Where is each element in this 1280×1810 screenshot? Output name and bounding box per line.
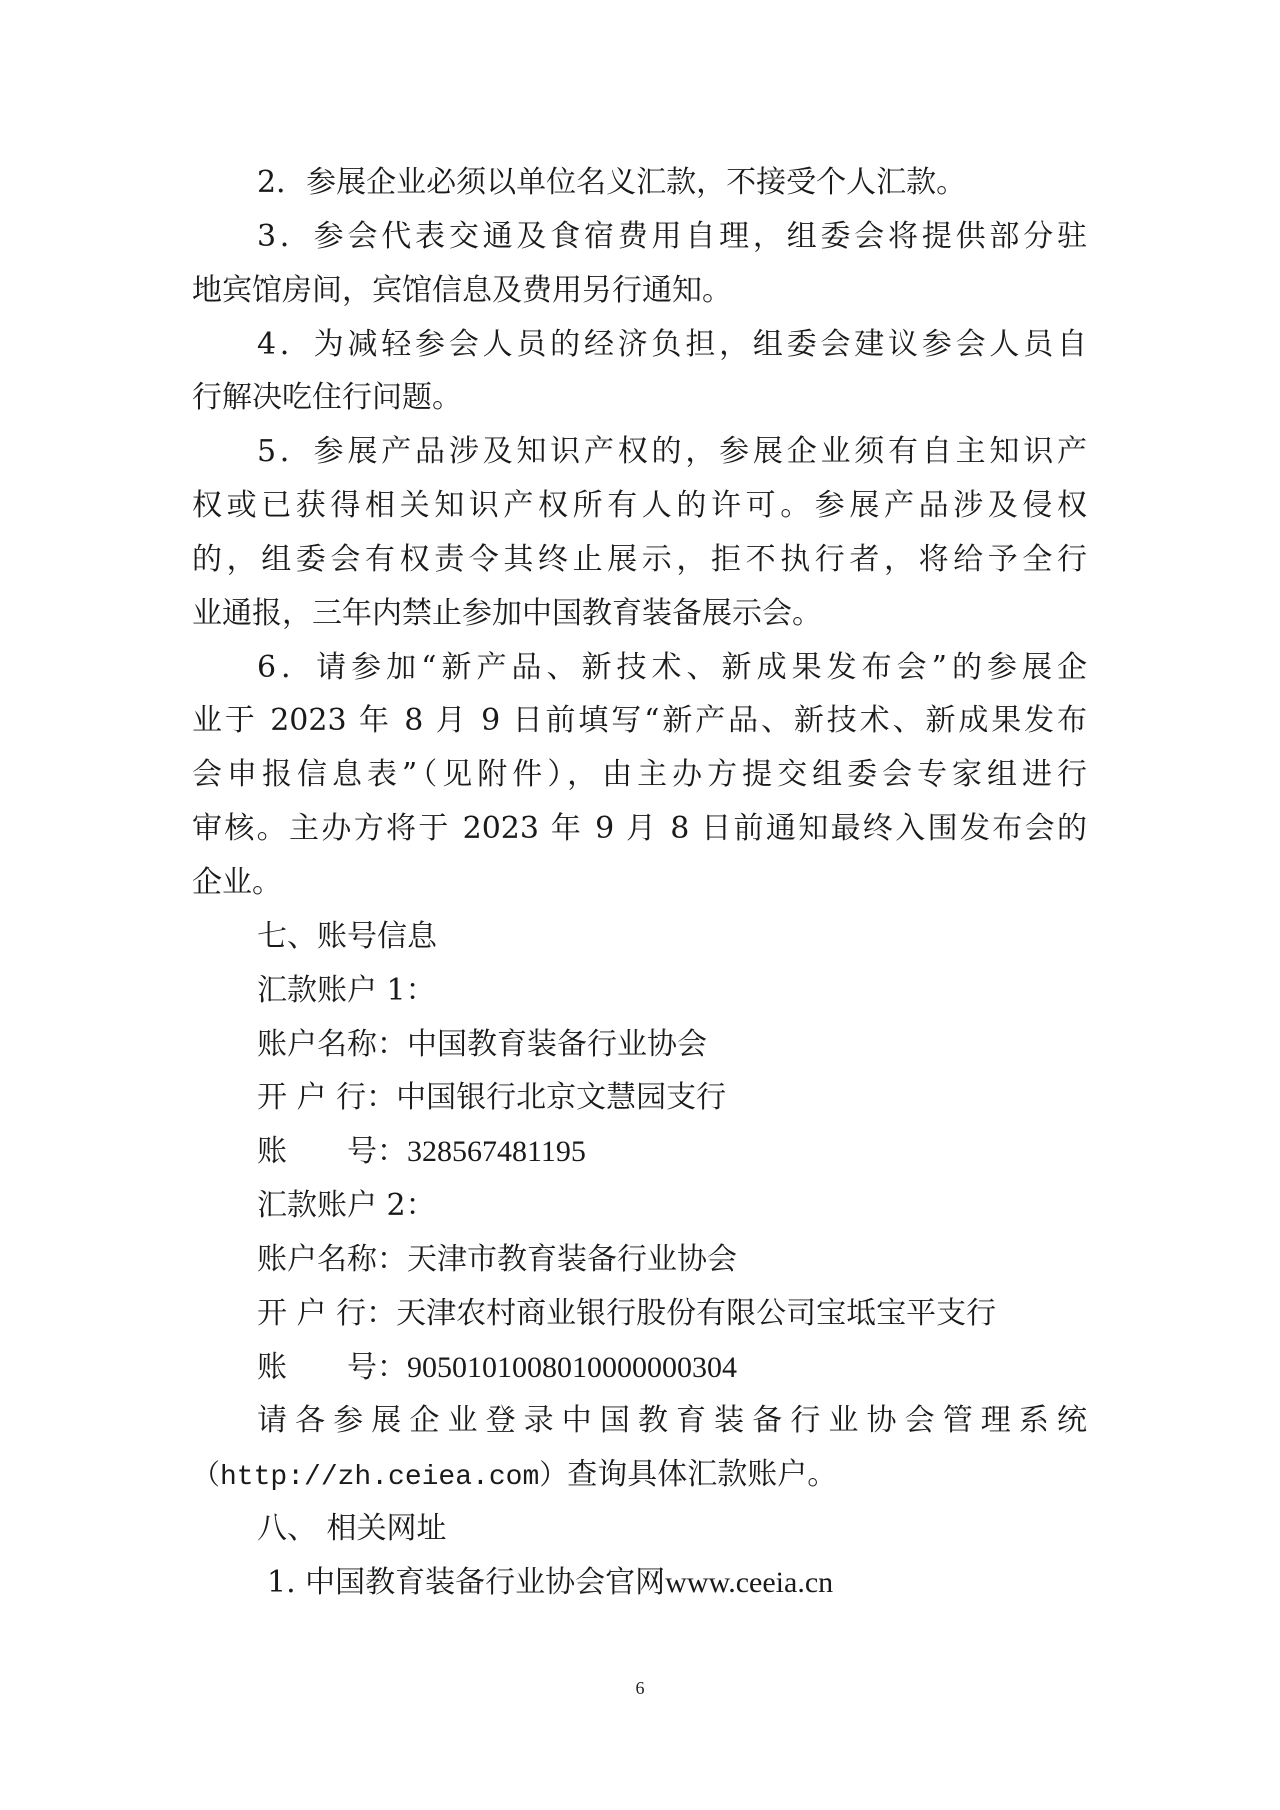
- section-7-heading: 七、账号信息: [192, 910, 1087, 964]
- account-1-number-value: 328567481195: [407, 1135, 586, 1168]
- document-page: 2．参展企业必须以单位名义汇款，不接受个人汇款。 3．参会代表交通及食宿费用自理…: [0, 0, 1280, 1810]
- account-note-line-2: （http://zh.ceiea.com）查询具体汇款账户。: [192, 1448, 1087, 1502]
- item-5-line-3: 的，组委会有权责令其终止展示，拒不执行者，将给予全行: [192, 533, 1087, 587]
- item-5-line-4: 业通报，三年内禁止参加中国教育装备展示会。: [192, 587, 1087, 641]
- item-6-line-1: 6．请参加“新产品、新技术、新成果发布会”的参展企: [192, 641, 1087, 695]
- account-note-line-1: 请各参展企业登录中国教育装备行业协会管理系统: [192, 1394, 1087, 1448]
- item-6-line-2: 业于 2023 年 8 月 9 日前填写“新产品、新技术、新成果发布: [192, 694, 1087, 748]
- document-body: 2．参展企业必须以单位名义汇款，不接受个人汇款。 3．参会代表交通及食宿费用自理…: [192, 156, 1087, 1610]
- account-1-number-row: 账 号：328567481195: [192, 1125, 1087, 1179]
- page-number: 6: [0, 1678, 1280, 1699]
- account-1-name-value: 中国教育装备行业协会: [407, 1027, 707, 1062]
- item-3-line-2: 地宾馆房间，宾馆信息及费用另行通知。: [192, 264, 1087, 318]
- account-1-bank-label: 开 户 行：: [257, 1080, 396, 1115]
- account-1-bank-value: 中国银行北京文慧园支行: [396, 1080, 726, 1115]
- related-url-item-1-label: 1. 中国教育装备行业协会官网: [267, 1565, 665, 1600]
- account-2-title: 汇款账户 2：: [192, 1179, 1087, 1233]
- account-2-bank-value: 天津农村商业银行股份有限公司宝坻宝平支行: [396, 1296, 996, 1331]
- section-8-heading: 八、 相关网址: [192, 1502, 1087, 1556]
- related-url-item-1: 1. 中国教育装备行业协会官网www.ceeia.cn: [192, 1556, 1087, 1610]
- account-2-number-row: 账 号：9050101008010000000304: [192, 1341, 1087, 1395]
- account-2-bank-row: 开 户 行：天津农村商业银行股份有限公司宝坻宝平支行: [192, 1287, 1087, 1341]
- account-note-rest: 查询具体汇款账户。: [567, 1457, 837, 1492]
- management-system-url: （http://zh.ceiea.com）: [192, 1462, 567, 1493]
- item-4-line-2: 行解决吃住行问题。: [192, 371, 1087, 425]
- account-2-name-row: 账户名称：天津市教育装备行业协会: [192, 1233, 1087, 1287]
- item-6-line-4: 审核。主办方将于 2023 年 9 月 8 日前通知最终入围发布会的: [192, 802, 1087, 856]
- item-6-line-3: 会申报信息表”（见附件），由主办方提交组委会专家组进行: [192, 748, 1087, 802]
- account-2-name-value: 天津市教育装备行业协会: [407, 1242, 737, 1277]
- account-2-number-label: 账 号：: [257, 1350, 407, 1385]
- item-5-line-2: 权或已获得相关知识产权所有人的许可。参展产品涉及侵权: [192, 479, 1087, 533]
- account-1-number-label: 账 号：: [257, 1134, 407, 1169]
- related-url-item-1-url: www.ceeia.cn: [665, 1566, 833, 1599]
- account-1-title: 汇款账户 1：: [192, 964, 1087, 1018]
- account-1-name-label: 账户名称：: [257, 1027, 407, 1062]
- account-1-bank-row: 开 户 行：中国银行北京文慧园支行: [192, 1071, 1087, 1125]
- item-2-line: 2．参展企业必须以单位名义汇款，不接受个人汇款。: [192, 156, 1087, 210]
- account-2-name-label: 账户名称：: [257, 1242, 407, 1277]
- account-2-bank-label: 开 户 行：: [257, 1296, 396, 1331]
- account-2-number-value: 9050101008010000000304: [407, 1351, 737, 1384]
- item-5-line-1: 5．参展产品涉及知识产权的，参展企业须有自主知识产: [192, 425, 1087, 479]
- item-6-line-5: 企业。: [192, 856, 1087, 910]
- item-4-line-1: 4．为减轻参会人员的经济负担，组委会建议参会人员自: [192, 318, 1087, 372]
- item-3-line-1: 3．参会代表交通及食宿费用自理，组委会将提供部分驻: [192, 210, 1087, 264]
- account-1-name-row: 账户名称：中国教育装备行业协会: [192, 1018, 1087, 1072]
